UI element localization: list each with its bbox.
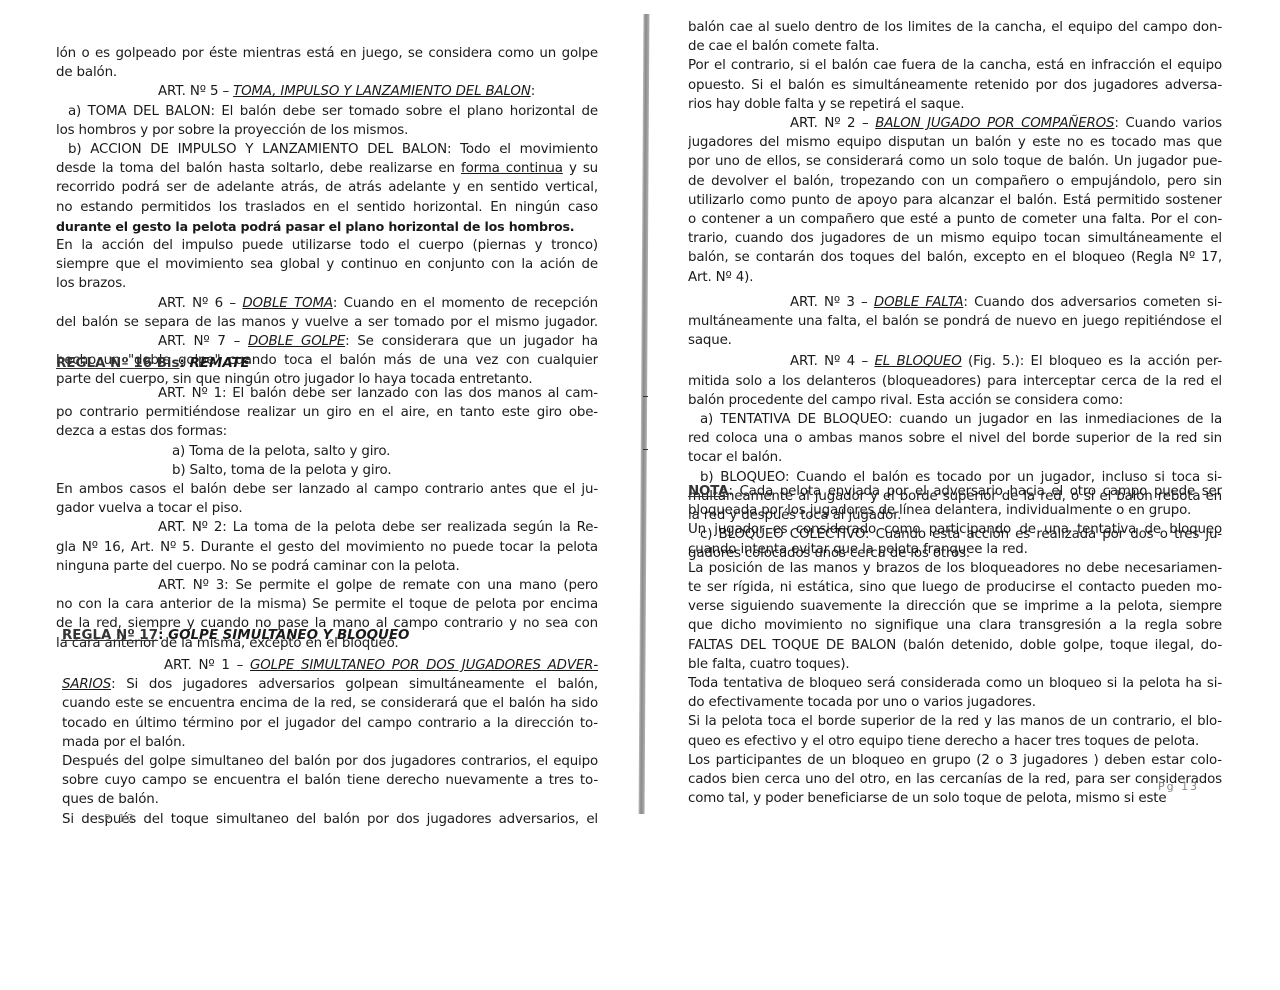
text-line: los hombros y por sobre la proyección de… (56, 121, 598, 140)
text-line: por uno de ellos, se considerará como un… (688, 152, 1222, 171)
text-line: po contrario permitiéndose realizar un g… (56, 403, 598, 422)
text-line: bloqueada por los jugadores de línea del… (688, 501, 1222, 520)
art-number: ART. Nº 5 – (158, 84, 233, 99)
text-line: b) ACCION DE IMPULSO Y LANZAMIENTO DEL B… (56, 140, 598, 159)
list-item: b) Salto, toma de la pelota y giro. (56, 461, 598, 480)
text-line: no estando permitidos los traslados en e… (56, 198, 598, 217)
text-line: de balón. (56, 63, 598, 82)
text-line: red coloca una o ambas manos sobre el ni… (688, 429, 1222, 448)
text-line: rios hay doble falta y se repetirá el sa… (688, 95, 1222, 114)
text-line: do efectivamente tocada por uno o varios… (688, 693, 1222, 712)
text-line: Los participantes de un bloqueo en grupo… (688, 751, 1222, 770)
text-line: gla Nº 16, Art. Nº 5. Durante el gesto d… (56, 538, 598, 557)
text-line: Un jugador es considerado como participa… (688, 520, 1222, 539)
page-number-right: Pg 13 (1158, 780, 1199, 793)
text-line: de cae el balón comete falta. (688, 37, 1222, 56)
art7-heading: ART. Nº 7 – DOBLE GOLPE: Se considerara … (56, 332, 598, 351)
text-line: sobre cuyo campo se encuentra el balón t… (62, 771, 598, 790)
art-title: BALON JUGADO POR COMPAÑEROS (875, 116, 1114, 131)
text-line: Después del golpe simultaneo del balón p… (62, 752, 598, 771)
text-line: balón procedente del campo rival. Esta a… (688, 391, 1222, 410)
art-title: EL BLOQUEO (874, 354, 961, 369)
nota-label: NOTA (688, 484, 728, 499)
text-line: Si después del toque simultaneo del baló… (62, 810, 598, 829)
spine-mark (643, 396, 648, 397)
text-span: : Cuando dos adversarios cometen si- (963, 295, 1222, 310)
section-heading: REGLA Nº 16 Bis: REMATE (56, 356, 250, 371)
text-line: Por el contrario, si el balón cae fuera … (688, 56, 1222, 75)
rule-number: REGLA Nº 17 (62, 628, 158, 643)
text-line: a) TENTATIVA DE BLOQUEO: cuando un jugad… (688, 410, 1222, 429)
art-title: DOBLE GOLPE (248, 334, 345, 349)
art1-heading: ART. Nº 1 – GOLPE SIMULTANEO POR DOS JUG… (62, 656, 598, 675)
text-line: a) TOMA DEL BALON: El balón debe ser tom… (56, 102, 598, 121)
art5-heading: ART. Nº 5 – TOMA, IMPULSO Y LANZAMIENTO … (56, 82, 598, 101)
rule-title: REMATE (190, 356, 250, 371)
text-line: SARIOS: Si dos jugadores adversarios gol… (62, 675, 598, 694)
text-line: queo es efectivo y el otro equipo tiene … (688, 732, 1222, 751)
text-line: ninguna parte del cuerpo. No se podrá ca… (56, 557, 598, 576)
text-line: Si la pelota toca el borde superior de l… (688, 712, 1222, 731)
rule-title: GOLPE SIMULTANEO Y BLOQUEO (168, 628, 409, 643)
text-line: recorrido podrá ser de adelante atrás, d… (56, 178, 598, 197)
text-line: FALTAS DEL TOQUE DE BALON (balón detenid… (688, 636, 1222, 655)
art-number: ART. Nº 6 – (158, 296, 242, 311)
text-span: : Cada pelota enviada por el adversario … (728, 484, 1222, 499)
text-line: o contener a un compañero que esté a pun… (688, 210, 1222, 229)
text-line: En ambos casos el balón debe ser lanzado… (56, 480, 598, 499)
colon: : (158, 628, 168, 643)
text-line: mada por el balón. (62, 733, 598, 752)
nota-line: NOTA: Cada pelota enviada por el adversa… (688, 482, 1222, 501)
text-line: trario, cuando dos jugadores de un mismo… (688, 229, 1222, 248)
art-number: ART. Nº 3 – (790, 295, 874, 310)
nota-section: NOTA: Cada pelota enviada por el adversa… (688, 482, 1222, 808)
art-number: ART. Nº 2 – (790, 116, 875, 131)
text-line: En la acción del impulso puede utilizars… (56, 236, 598, 255)
text-line: gador vuelva a tocar el piso. (56, 499, 598, 518)
art-number: ART. Nº 1 – (164, 658, 250, 673)
forma-continua-underlined: forma continua (461, 161, 563, 176)
text-span: : Si dos jugadores adversarios golpean s… (111, 677, 598, 692)
text-line: Toda tentativa de bloqueo será considera… (688, 674, 1222, 693)
text-line: que dicho movimiento no signifique una c… (688, 616, 1222, 635)
text-line: multáneamente una falta, el balón se pon… (688, 312, 1222, 331)
text-line: ques de balón. (62, 790, 598, 809)
text-line: balón, se contarán dos toques del balón,… (688, 248, 1222, 267)
text-line: cados bien cerca uno del otro, en las ce… (688, 770, 1222, 789)
rule-number: REGLA Nº 16 Bis (56, 356, 180, 371)
text-line: lón o es golpeado por éste mientras está… (56, 44, 598, 63)
art-title: TOMA, IMPULSO Y LANZAMIENTO DEL BALON (233, 84, 531, 99)
regla-17-heading: REGLA Nº 17: GOLPE SIMULTANEO Y BLOQUEO (62, 624, 604, 643)
text-line: siempre que el movimiento sea global y c… (56, 255, 598, 274)
text-span: : Cuando en el momento de recepción (333, 296, 598, 311)
text-line: ART. Nº 1: El balón debe ser lanzado con… (56, 384, 598, 403)
text-line: del balón se separa de las manos y vuelv… (56, 313, 598, 332)
art-title: DOBLE FALTA (874, 295, 964, 310)
book-spine-divider (639, 14, 650, 814)
art-title: GOLPE SIMULTANEO POR DOS JUGADORES ADVER… (250, 658, 598, 673)
spine-mark (643, 449, 648, 450)
regla-16-bis-heading: REGLA Nº 16 Bis: REMATE (56, 352, 598, 371)
art-number: ART. Nº 4 – (790, 354, 874, 369)
text-line: ART. Nº 3: Se permite el golpe de remate… (56, 576, 598, 595)
text-line: ble falta, cuatro toques). (688, 655, 1222, 674)
text-line-bold: durante el gesto la pelota podrá pasar e… (56, 217, 598, 236)
art6-heading: ART. Nº 6 – DOBLE TOMA: Cuando en el mom… (56, 294, 598, 313)
list-item: a) Toma de la pelota, salto y giro. (56, 442, 598, 461)
text-line: verse siguiendo suavemente la dirección … (688, 597, 1222, 616)
text-line: opuesto. Si el balón es simultáneamente … (688, 76, 1222, 95)
text-line: tocado en último término por el jugador … (62, 714, 598, 733)
art-number: ART. Nº 7 – (158, 334, 248, 349)
text-line: te ser rígida, ni estática, sino que lue… (688, 578, 1222, 597)
colon: : (531, 84, 535, 99)
text-line: balón cae al suelo dentro de los limites… (688, 18, 1222, 37)
art-title: DOBLE TOMA (242, 296, 332, 311)
regla-16-bis-body: ART. Nº 1: El balón debe ser lanzado con… (56, 384, 598, 653)
left-page: lón o es golpeado por éste mientras está… (56, 44, 598, 390)
text-span: : Cuando varios (1114, 116, 1222, 131)
text-line: saque. (688, 331, 1222, 350)
text-line: los brazos. (56, 274, 598, 293)
text-line: cuando este se encuentra encima de la re… (62, 694, 598, 713)
text-line: desde la toma del balón hasta soltarlo, … (56, 159, 598, 178)
text-line: Art. Nº 4). (688, 268, 1222, 287)
page-number-left: P 12 (104, 812, 136, 825)
text-line: ART. Nº 2: La toma de la pelota debe ser… (56, 518, 598, 537)
text-line: dezca a estas dos formas: (56, 422, 598, 441)
text-line: mitida solo a los delanteros (bloqueador… (688, 372, 1222, 391)
text-line: de devolver el balón, tropezando con un … (688, 172, 1222, 191)
section-heading: REGLA Nº 17: GOLPE SIMULTANEO Y BLOQUEO (62, 628, 409, 643)
text-span: desde la toma del balón hasta soltarlo, … (56, 161, 461, 176)
text-line: no con la cara anterior de la misma) Se … (56, 595, 598, 614)
art4-heading: ART. Nº 4 – EL BLOQUEO (Fig. 5.): El blo… (688, 352, 1222, 371)
text-line: como tal, y poder beneficiarse de un sol… (688, 789, 1222, 808)
text-span: : Se considerara que un jugador ha (345, 334, 598, 349)
text-line: La posición de las manos y brazos de los… (688, 559, 1222, 578)
text-line: cuando intenta evitar que la pelota fran… (688, 540, 1222, 559)
text-span: (Fig. 5.): El bloqueo es la acción per- (962, 354, 1222, 369)
text-line: tocar el balón. (688, 448, 1222, 467)
text-span: y su (563, 161, 598, 176)
regla-17-body: ART. Nº 1 – GOLPE SIMULTANEO POR DOS JUG… (62, 656, 598, 829)
art3-heading: ART. Nº 3 – DOBLE FALTA: Cuando dos adve… (688, 293, 1222, 312)
colon: : (180, 356, 190, 371)
art-title: SARIOS (62, 677, 111, 692)
text-line: jugadores del mismo equipo disputan un b… (688, 133, 1222, 152)
art2-heading: ART. Nº 2 – BALON JUGADO POR COMPAÑEROS:… (688, 114, 1222, 133)
text-line: utilizarlo como punto de apoyo para alca… (688, 191, 1222, 210)
